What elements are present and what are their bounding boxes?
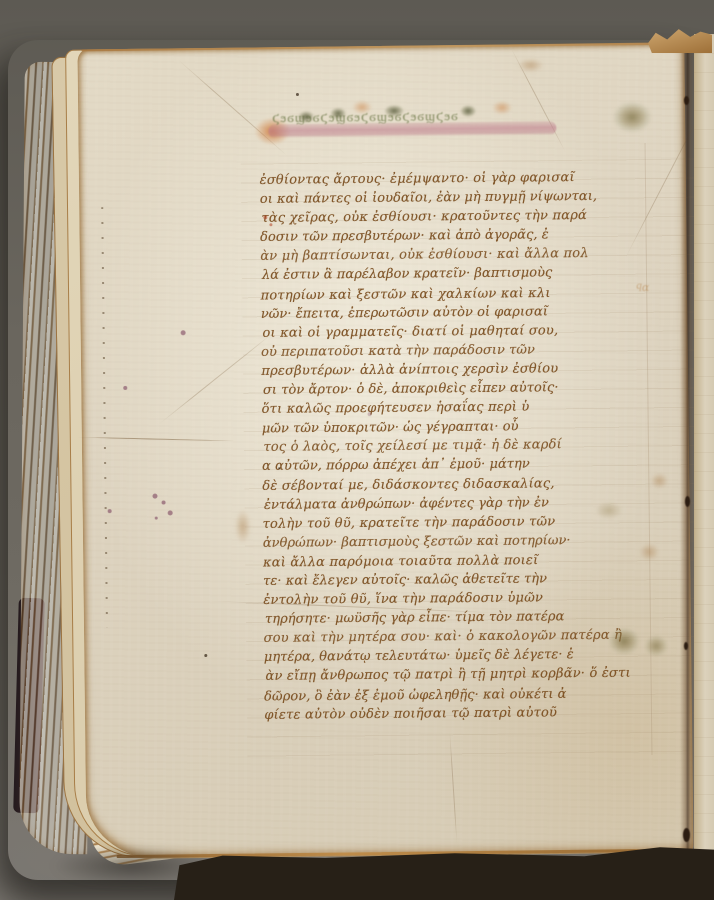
manuscript-text-line: ἀνθρώπων· βαπτισμοὺς ξεστῶν καὶ ποτηρίων… — [263, 532, 661, 555]
text-column: ἐσθίοντας ἄρτους· ἐμέμψαντο· οἱ γὰρ φαρι… — [260, 169, 663, 726]
bleedthrough-blob — [644, 635, 668, 657]
gutter-speck — [685, 496, 690, 507]
red-speck — [263, 215, 267, 219]
manuscript-text-line: φίετε αὐτὸν οὐδὲν ποιῆσαι τῷ πατρὶ αὐτοῦ — [264, 704, 662, 727]
purple-stain — [368, 412, 372, 416]
purple-stain — [152, 494, 157, 499]
manuscript-page: ϛϧϭϣϧϭϛϧϣϭϧϛϭϣϧϭϛϧϭϣϛϧϭ ἐσθίοντας ἄρτους… — [77, 43, 693, 860]
gutter-speck — [684, 96, 689, 105]
gutter-crease — [680, 40, 695, 862]
facing-page-strip — [694, 34, 714, 858]
purple-stain — [162, 500, 166, 504]
headpiece-vine-scribble: ϛϧϭϣϧϭϛϧϣϭϧϛϭϣϧϭϛϧϭϣϛϧϭ — [272, 107, 560, 132]
headpiece-ornament: ϛϧϭϣϧϭϛϧϣϭϧϛϭϣϧϭϛϧϭϣϛϧϭ — [264, 106, 560, 147]
purple-stain — [123, 386, 127, 390]
manuscript-photo: ϛϧϭϣϧϭϛϧϣϭϧϛϭϣϧϭϛϧϭϣϛϧϭ ἐσθίοντας ἄρτους… — [0, 0, 714, 900]
manuscript-text-line: ὰν εἴπῃ ἄνθρωπος τῷ πατρὶ ἢ τῇ μητρὶ κορ… — [265, 666, 663, 689]
manuscript-text-line: λά ἐστιν ἃ παρέλαβον κρατεῖν· βαπτισμοὺς — [262, 265, 660, 288]
purple-stain — [181, 330, 186, 335]
gutter-speck — [684, 642, 688, 650]
purple-stain — [108, 509, 112, 513]
quire-margin-mark: ϥα — [636, 281, 649, 294]
brown-stain — [639, 543, 659, 561]
brown-smudge — [235, 510, 251, 544]
ink-speck — [278, 467, 280, 469]
ink-speck — [296, 93, 299, 96]
red-speck — [269, 223, 272, 226]
ink-speck — [204, 654, 207, 657]
purple-stain — [155, 517, 158, 520]
manuscript-text-line: ὅτι καλῶς προεφήτευσεν ἡσαΐας περὶ ὑ — [262, 399, 660, 422]
gutter-speck — [683, 828, 690, 842]
purple-stain — [168, 510, 173, 515]
